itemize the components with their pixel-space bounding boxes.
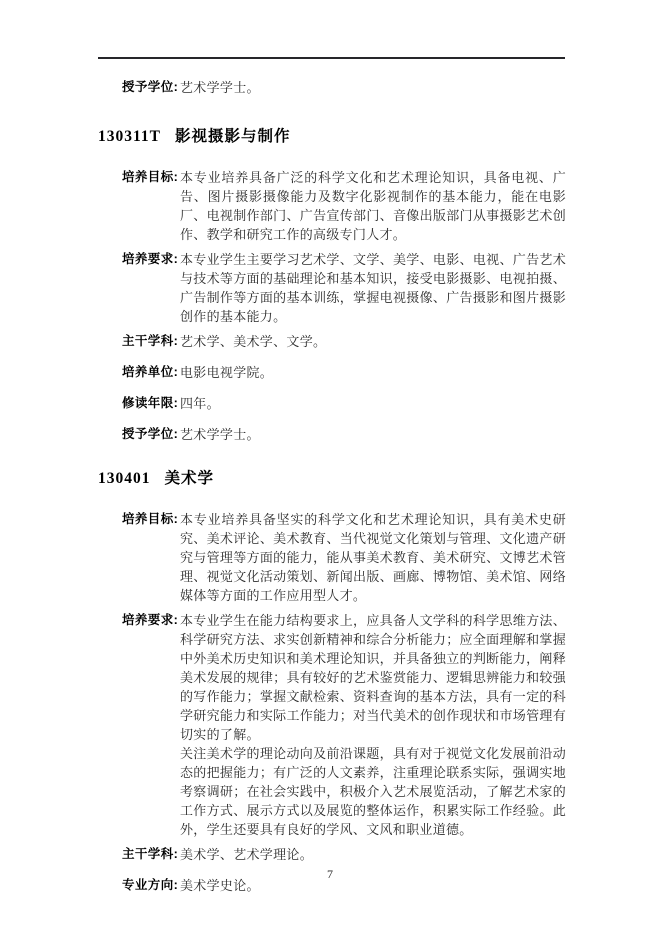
item-label: 授予学位: <box>122 78 180 97</box>
requirement-paragraph-1: 本专业学生在能力结构要求上，应具备人文学科的科学思维方法、科学研究方法、求实创新… <box>180 611 566 744</box>
item-label: 授予学位: <box>122 425 180 444</box>
item-text: 电影电视学院。 <box>180 363 566 382</box>
document-page: 授予学位: 艺术学学士。 130311T影视摄影与制作 培养目标: 本专业培养具… <box>0 0 660 934</box>
item-text: 本专业学生在能力结构要求上，应具备人文学科的科学思维方法、科学研究方法、求实创新… <box>180 611 566 839</box>
item-label: 培养目标: <box>122 510 180 529</box>
item-text: 艺术学、美术学、文学。 <box>180 332 566 351</box>
bullet-cell <box>98 611 122 636</box>
bullet-cell <box>98 425 122 450</box>
header-rule <box>98 57 565 59</box>
item-label: 修读年限: <box>122 394 180 413</box>
list-item: 培养单位: 电影电视学院。 <box>98 363 566 388</box>
list-item: 培养目标: 本专业培养具备广泛的科学文化和艺术理论知识，具备电视、广告、图片摄影… <box>98 168 566 244</box>
item-text: 本专业培养具备广泛的科学文化和艺术理论知识，具备电视、广告、图片摄影摄像能力及数… <box>180 168 566 244</box>
list-item: 修读年限: 四年。 <box>98 394 566 419</box>
item-text: 美术学、艺术学理论。 <box>180 845 566 864</box>
bullet-cell <box>98 250 122 275</box>
section-heading: 130311T影视摄影与制作 <box>98 128 566 146</box>
item-text: 本专业培养具备坚实的科学文化和艺术理论知识，具有美术史研究、美术评论、美术教育、… <box>180 510 566 605</box>
item-text: 本专业学生主要学习艺术学、文学、美学、电影、电视、广告艺术与技术等方面的基础理论… <box>180 250 566 326</box>
bullet-cell <box>98 394 122 419</box>
bullet-cell <box>98 363 122 388</box>
bullet-cell <box>98 168 122 193</box>
item-label: 培养要求: <box>122 611 180 630</box>
item-label: 主干学科: <box>122 332 180 351</box>
item-text: 艺术学学士。 <box>180 425 566 444</box>
bullet-cell <box>98 78 122 103</box>
bullet-cell <box>98 510 122 535</box>
requirement-paragraph-2: 关注美术学的理论动向及前沿课题，具有对于视觉文化发展前沿动态的把握能力；有广泛的… <box>180 744 566 839</box>
page-number: 7 <box>0 865 660 884</box>
section-heading: 130401美术学 <box>98 470 566 488</box>
item-text: 四年。 <box>180 394 566 413</box>
list-item: 主干学科: 艺术学、美术学、文学。 <box>98 332 566 357</box>
list-item: 培养要求: 本专业学生主要学习艺术学、文学、美学、电影、电视、广告艺术与技术等方… <box>98 250 566 326</box>
list-item: 授予学位: 艺术学学士。 <box>98 425 566 450</box>
list-item: 培养要求: 本专业学生在能力结构要求上，应具备人文学科的科学思维方法、科学研究方… <box>98 611 566 839</box>
item-label: 培养目标: <box>122 168 180 187</box>
major-title: 美术学 <box>165 470 215 487</box>
major-title: 影视摄影与制作 <box>175 128 291 145</box>
list-item: 培养目标: 本专业培养具备坚实的科学文化和艺术理论知识，具有美术史研究、美术评论… <box>98 510 566 605</box>
major-code: 130311T <box>98 128 161 145</box>
item-label: 主干学科: <box>122 845 180 864</box>
bullet-cell <box>98 332 122 357</box>
page-content: 授予学位: 艺术学学士。 130311T影视摄影与制作 培养目标: 本专业培养具… <box>98 57 566 907</box>
list-item: 授予学位: 艺术学学士。 <box>98 78 566 103</box>
item-text: 艺术学学士。 <box>180 78 566 97</box>
major-code: 130401 <box>98 470 151 487</box>
item-label: 培养单位: <box>122 363 180 382</box>
item-label: 培养要求: <box>122 250 180 269</box>
